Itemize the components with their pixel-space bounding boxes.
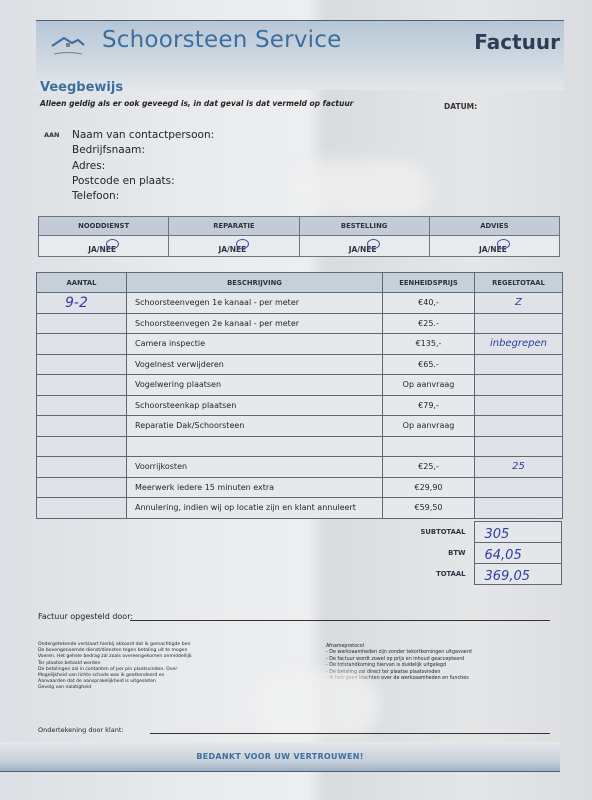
unit-price-cell: €59,50 — [383, 498, 475, 519]
service-type-choice: JA/NEE — [169, 236, 299, 257]
table-row: Camera inspectie€135,-inbegrepen — [37, 334, 563, 355]
description-cell: Reparatie Dak/Schoorsteen — [127, 416, 383, 437]
document-type: Factuur — [474, 30, 560, 54]
unit-price-cell: Op aanvraag — [383, 416, 475, 437]
description-cell: Annulering, indien wij op locatie zijn e… — [127, 498, 383, 519]
section-title: Veegbewijs — [40, 80, 123, 95]
description-cell: Vogelwering plaatsen — [127, 375, 383, 396]
vat-value: 64,05 — [474, 543, 562, 564]
unit-price-cell — [383, 436, 475, 457]
customer-signature-line — [150, 733, 550, 734]
description-cell: Schoorsteenkap plaatsen — [127, 395, 383, 416]
quantity-cell — [37, 477, 127, 498]
unit-price-cell: €25.- — [383, 313, 475, 334]
field-phone: Telefoon: — [72, 189, 214, 204]
totals-table: SUBTOTAAL 305 BTW 64,05 TOTAAL 369,05 — [360, 521, 562, 585]
prepared-by-label: Factuur opgesteld door: — [38, 612, 133, 621]
column-header-unit-price: EENHEIDSPRIJS — [383, 273, 475, 293]
field-postcode-city: Postcode en plaats: — [72, 174, 214, 189]
line-total-cell — [475, 477, 563, 498]
description-cell: Vogelnest verwijderen — [127, 354, 383, 375]
subtotal-label: SUBTOTAAL — [360, 522, 474, 543]
line-total-cell — [475, 436, 563, 457]
prepared-by-line — [130, 620, 550, 621]
description-cell: Camera inspectie — [127, 334, 383, 355]
service-type-choice: JA/NEE — [39, 236, 169, 257]
field-company: Bedrijfsnaam: — [72, 143, 214, 158]
line-total-cell — [475, 313, 563, 334]
quantity-cell — [37, 498, 127, 519]
line-total-cell: inbegrepen — [475, 334, 563, 355]
description-cell: Voorrijkosten — [127, 457, 383, 478]
quantity-cell — [37, 436, 127, 457]
invoice-page: Schoorsteen Service Factuur Veegbewijs A… — [0, 0, 592, 800]
column-header-line-total: REGELTOTAAL — [475, 273, 563, 293]
circle-mark-icon — [367, 239, 380, 249]
line-items-table: AANTAL BESCHRIJVING EENHEIDSPRIJS REGELT… — [36, 272, 563, 519]
circle-mark-icon — [236, 239, 249, 249]
house-roof-icon — [48, 30, 88, 60]
recipient-label: AAN — [44, 131, 60, 139]
line-total-cell: Z — [475, 293, 563, 314]
terms-agreement: Ondergetekende verklaart hierbij akkoord… — [38, 642, 278, 692]
quantity-cell — [37, 354, 127, 375]
unit-price-cell: €29,90 — [383, 477, 475, 498]
table-row: Voorrijkosten€25,-25 — [37, 457, 563, 478]
vat-label: BTW — [360, 543, 474, 564]
total-label: TOTAAL — [360, 564, 474, 585]
table-row: Vogelnest verwijderen€65.- — [37, 354, 563, 375]
unit-price-cell: Op aanvraag — [383, 375, 475, 396]
line-total-cell — [475, 354, 563, 375]
line-total-cell — [475, 498, 563, 519]
table-row: Schoorsteenvegen 2e kanaal - per meter€2… — [37, 313, 563, 334]
validity-note: Alleen geldig als er ook geveegd is, in … — [40, 99, 353, 108]
description-cell: Schoorsteenvegen 1e kanaal - per meter — [127, 293, 383, 314]
brand-name: Schoorsteen Service — [102, 27, 341, 53]
quantity-cell — [37, 395, 127, 416]
table-row: 9-2Schoorsteenvegen 1e kanaal - per mete… — [37, 293, 563, 314]
circle-mark-icon — [106, 239, 119, 249]
total-value: 369,05 — [474, 564, 562, 585]
table-row — [37, 436, 563, 457]
terms-line: Gevolg van nalatigheid — [38, 685, 278, 691]
quantity-cell — [37, 334, 127, 355]
table-row: Reparatie Dak/SchoorsteenOp aanvraag — [37, 416, 563, 437]
description-cell — [127, 436, 383, 457]
unit-price-cell: €40,- — [383, 293, 475, 314]
quantity-cell — [37, 457, 127, 478]
customer-signature-label: Ondertekening door klant: — [38, 726, 124, 734]
quantity-cell — [37, 375, 127, 396]
field-address: Adres: — [72, 159, 214, 174]
unit-price-cell: €25,- — [383, 457, 475, 478]
service-type-choice: JA/NEE — [299, 236, 429, 257]
unit-price-cell: €79,- — [383, 395, 475, 416]
column-header-quantity: AANTAL — [37, 273, 127, 293]
service-type-header: BESTELLING — [299, 217, 429, 236]
quantity-cell: 9-2 — [37, 293, 127, 314]
table-row: Schoorsteenkap plaatsen€79,- — [37, 395, 563, 416]
service-type-header: ADVIES — [429, 217, 559, 236]
line-total-cell: 25 — [475, 457, 563, 478]
line-total-cell — [475, 395, 563, 416]
unit-price-cell: €135,- — [383, 334, 475, 355]
service-type-header: REPARATIE — [169, 217, 299, 236]
service-type-header: NOODDIENST — [39, 217, 169, 236]
circle-mark-icon — [497, 239, 510, 249]
table-row: Vogelwering plaatsenOp aanvraag — [37, 375, 563, 396]
line-total-cell — [475, 416, 563, 437]
quantity-cell — [37, 416, 127, 437]
service-type-table: NOODDIENST REPARATIE BESTELLING ADVIES J… — [38, 216, 560, 257]
description-cell: Schoorsteenvegen 2e kanaal - per meter — [127, 313, 383, 334]
line-total-cell — [475, 375, 563, 396]
quantity-cell — [37, 313, 127, 334]
subtotal-value: 305 — [474, 522, 562, 543]
field-contact-name: Naam van contactpersoon: — [72, 128, 214, 143]
description-cell: Meerwerk iedere 15 minuten extra — [127, 477, 383, 498]
table-row: Meerwerk iedere 15 minuten extra€29,90 — [37, 477, 563, 498]
thank-you-message: BEDANKT VOOR UW VERTROUWEN! — [0, 752, 560, 761]
unit-price-cell: €65.- — [383, 354, 475, 375]
date-label: DATUM: — [444, 102, 477, 111]
table-row: Annulering, indien wij op locatie zijn e… — [37, 498, 563, 519]
column-header-description: BESCHRIJVING — [127, 273, 383, 293]
redaction-blur — [250, 670, 380, 740]
service-type-choice: JA/NEE — [429, 236, 559, 257]
recipient-fields: Naam van contactpersoon: Bedrijfsnaam: A… — [72, 128, 214, 204]
redaction-blur — [290, 160, 430, 220]
